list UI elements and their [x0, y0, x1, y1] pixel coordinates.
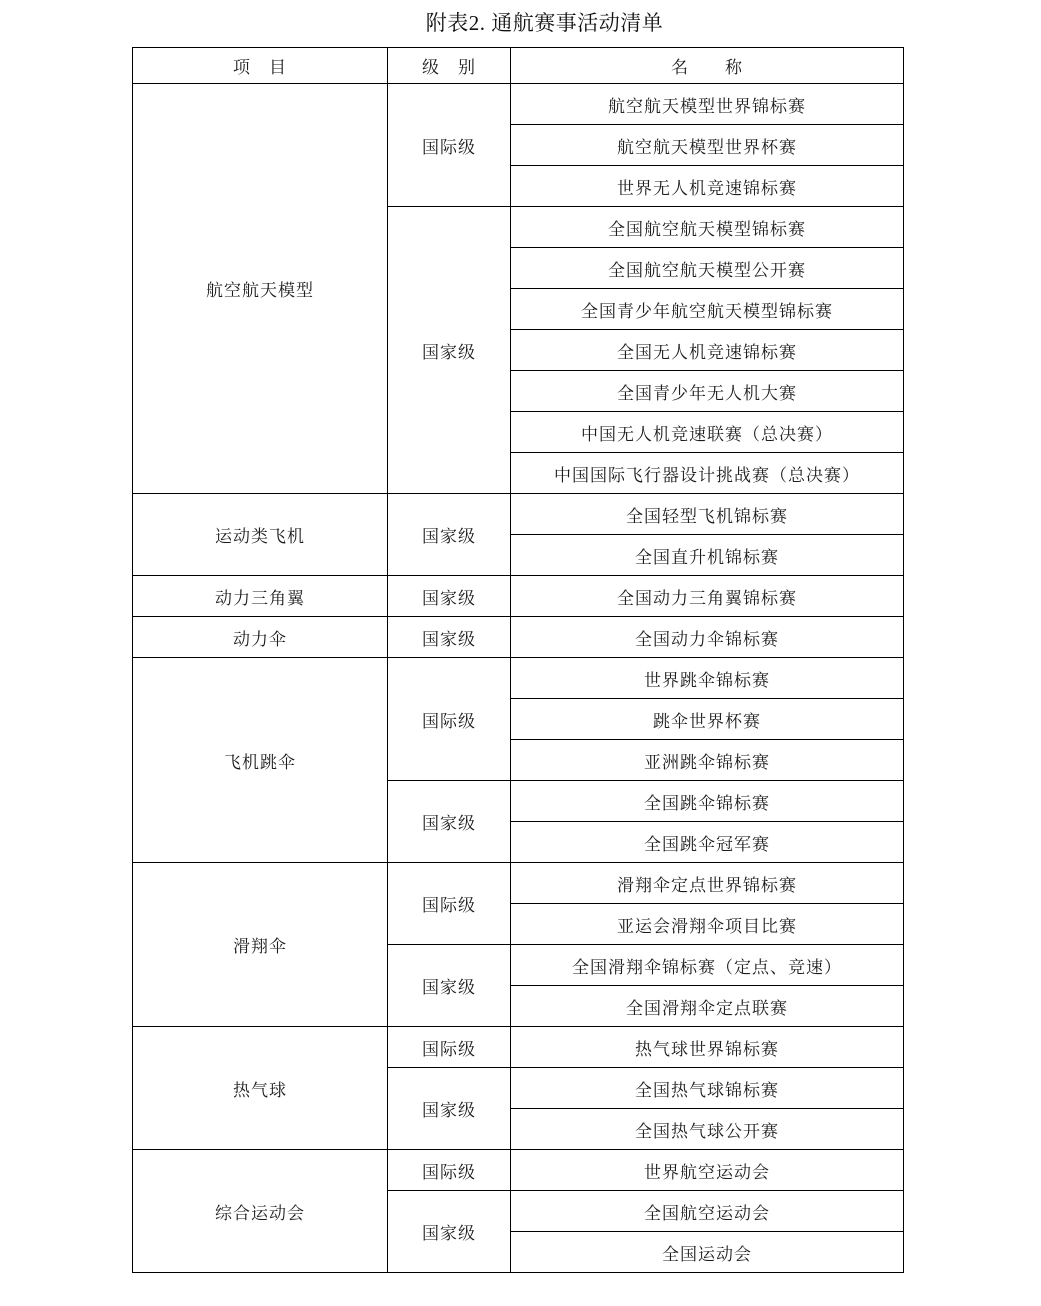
name-cell: 全国热气球公开赛 [511, 1109, 904, 1150]
item-cell-aerospace-models: 航空航天模型 [133, 84, 388, 494]
name-cell: 热气球世界锦标赛 [511, 1027, 904, 1068]
name-cell: 亚洲跳伞锦标赛 [511, 740, 904, 781]
level-cell-international: 国际级 [388, 658, 511, 781]
name-cell: 全国无人机竞速锦标赛 [511, 330, 904, 371]
name-cell: 世界航空运动会 [511, 1150, 904, 1191]
name-cell: 航空航天模型世界杯赛 [511, 125, 904, 166]
name-cell: 滑翔伞定点世界锦标赛 [511, 863, 904, 904]
name-cell: 航空航天模型世界锦标赛 [511, 84, 904, 125]
level-cell-national: 国家级 [388, 781, 511, 863]
level-cell-national: 国家级 [388, 1068, 511, 1150]
name-cell: 亚运会滑翔伞项目比赛 [511, 904, 904, 945]
name-cell: 全国青少年无人机大赛 [511, 371, 904, 412]
page-title: 附表2. 通航赛事活动清单 [0, 0, 1041, 36]
events-table: 项 目 级 别 名 称 航空航天模型 国际级 航空航天模型世界锦标赛 航空航天模… [132, 47, 904, 1273]
name-cell: 全国跳伞冠军赛 [511, 822, 904, 863]
name-cell: 全国直升机锦标赛 [511, 535, 904, 576]
name-cell: 跳伞世界杯赛 [511, 699, 904, 740]
item-cell-powered-parachute: 动力伞 [133, 617, 388, 658]
col-header-item: 项 目 [133, 48, 388, 84]
item-cell-hot-air-balloon: 热气球 [133, 1027, 388, 1150]
level-cell-national: 国家级 [388, 945, 511, 1027]
level-cell-national: 国家级 [388, 1191, 511, 1273]
name-cell: 全国动力伞锦标赛 [511, 617, 904, 658]
name-cell: 中国无人机竞速联赛（总决赛） [511, 412, 904, 453]
name-cell: 全国运动会 [511, 1232, 904, 1273]
name-cell: 全国跳伞锦标赛 [511, 781, 904, 822]
name-cell: 世界跳伞锦标赛 [511, 658, 904, 699]
name-cell: 全国航空运动会 [511, 1191, 904, 1232]
table-row: 动力伞 国家级 全国动力伞锦标赛 [133, 617, 904, 658]
table-row: 热气球 国际级 热气球世界锦标赛 [133, 1027, 904, 1068]
table-row: 动力三角翼 国家级 全国动力三角翼锦标赛 [133, 576, 904, 617]
item-cell-paragliding: 滑翔伞 [133, 863, 388, 1027]
level-cell-international: 国际级 [388, 1027, 511, 1068]
table-row: 运动类飞机 国家级 全国轻型飞机锦标赛 [133, 494, 904, 535]
name-cell: 全国青少年航空航天模型锦标赛 [511, 289, 904, 330]
item-cell-skydiving: 飞机跳伞 [133, 658, 388, 863]
name-cell: 全国动力三角翼锦标赛 [511, 576, 904, 617]
name-cell: 全国轻型飞机锦标赛 [511, 494, 904, 535]
table-row: 航空航天模型 国际级 航空航天模型世界锦标赛 [133, 84, 904, 125]
name-cell: 中国国际飞行器设计挑战赛（总决赛） [511, 453, 904, 494]
col-header-name: 名 称 [511, 48, 904, 84]
name-cell: 全国航空航天模型公开赛 [511, 248, 904, 289]
table-row: 滑翔伞 国际级 滑翔伞定点世界锦标赛 [133, 863, 904, 904]
level-cell-national: 国家级 [388, 207, 511, 494]
name-cell: 全国热气球锦标赛 [511, 1068, 904, 1109]
document-page: 附表2. 通航赛事活动清单 项 目 级 别 名 称 航空航天模型 国际级 航空航… [0, 0, 1041, 1306]
table-row: 飞机跳伞 国际级 世界跳伞锦标赛 [133, 658, 904, 699]
item-cell-multi-sport-games: 综合运动会 [133, 1150, 388, 1273]
name-cell: 全国航空航天模型锦标赛 [511, 207, 904, 248]
level-cell-international: 国际级 [388, 84, 511, 207]
item-cell-sport-aircraft: 运动类飞机 [133, 494, 388, 576]
level-cell-national: 国家级 [388, 494, 511, 576]
level-cell-national: 国家级 [388, 617, 511, 658]
table-header-row: 项 目 级 别 名 称 [133, 48, 904, 84]
col-header-level: 级 别 [388, 48, 511, 84]
name-cell: 全国滑翔伞锦标赛（定点、竞速） [511, 945, 904, 986]
table-row: 综合运动会 国际级 世界航空运动会 [133, 1150, 904, 1191]
name-cell: 全国滑翔伞定点联赛 [511, 986, 904, 1027]
level-cell-national: 国家级 [388, 576, 511, 617]
level-cell-international: 国际级 [388, 863, 511, 945]
item-cell-powered-trike: 动力三角翼 [133, 576, 388, 617]
name-cell: 世界无人机竞速锦标赛 [511, 166, 904, 207]
level-cell-international: 国际级 [388, 1150, 511, 1191]
